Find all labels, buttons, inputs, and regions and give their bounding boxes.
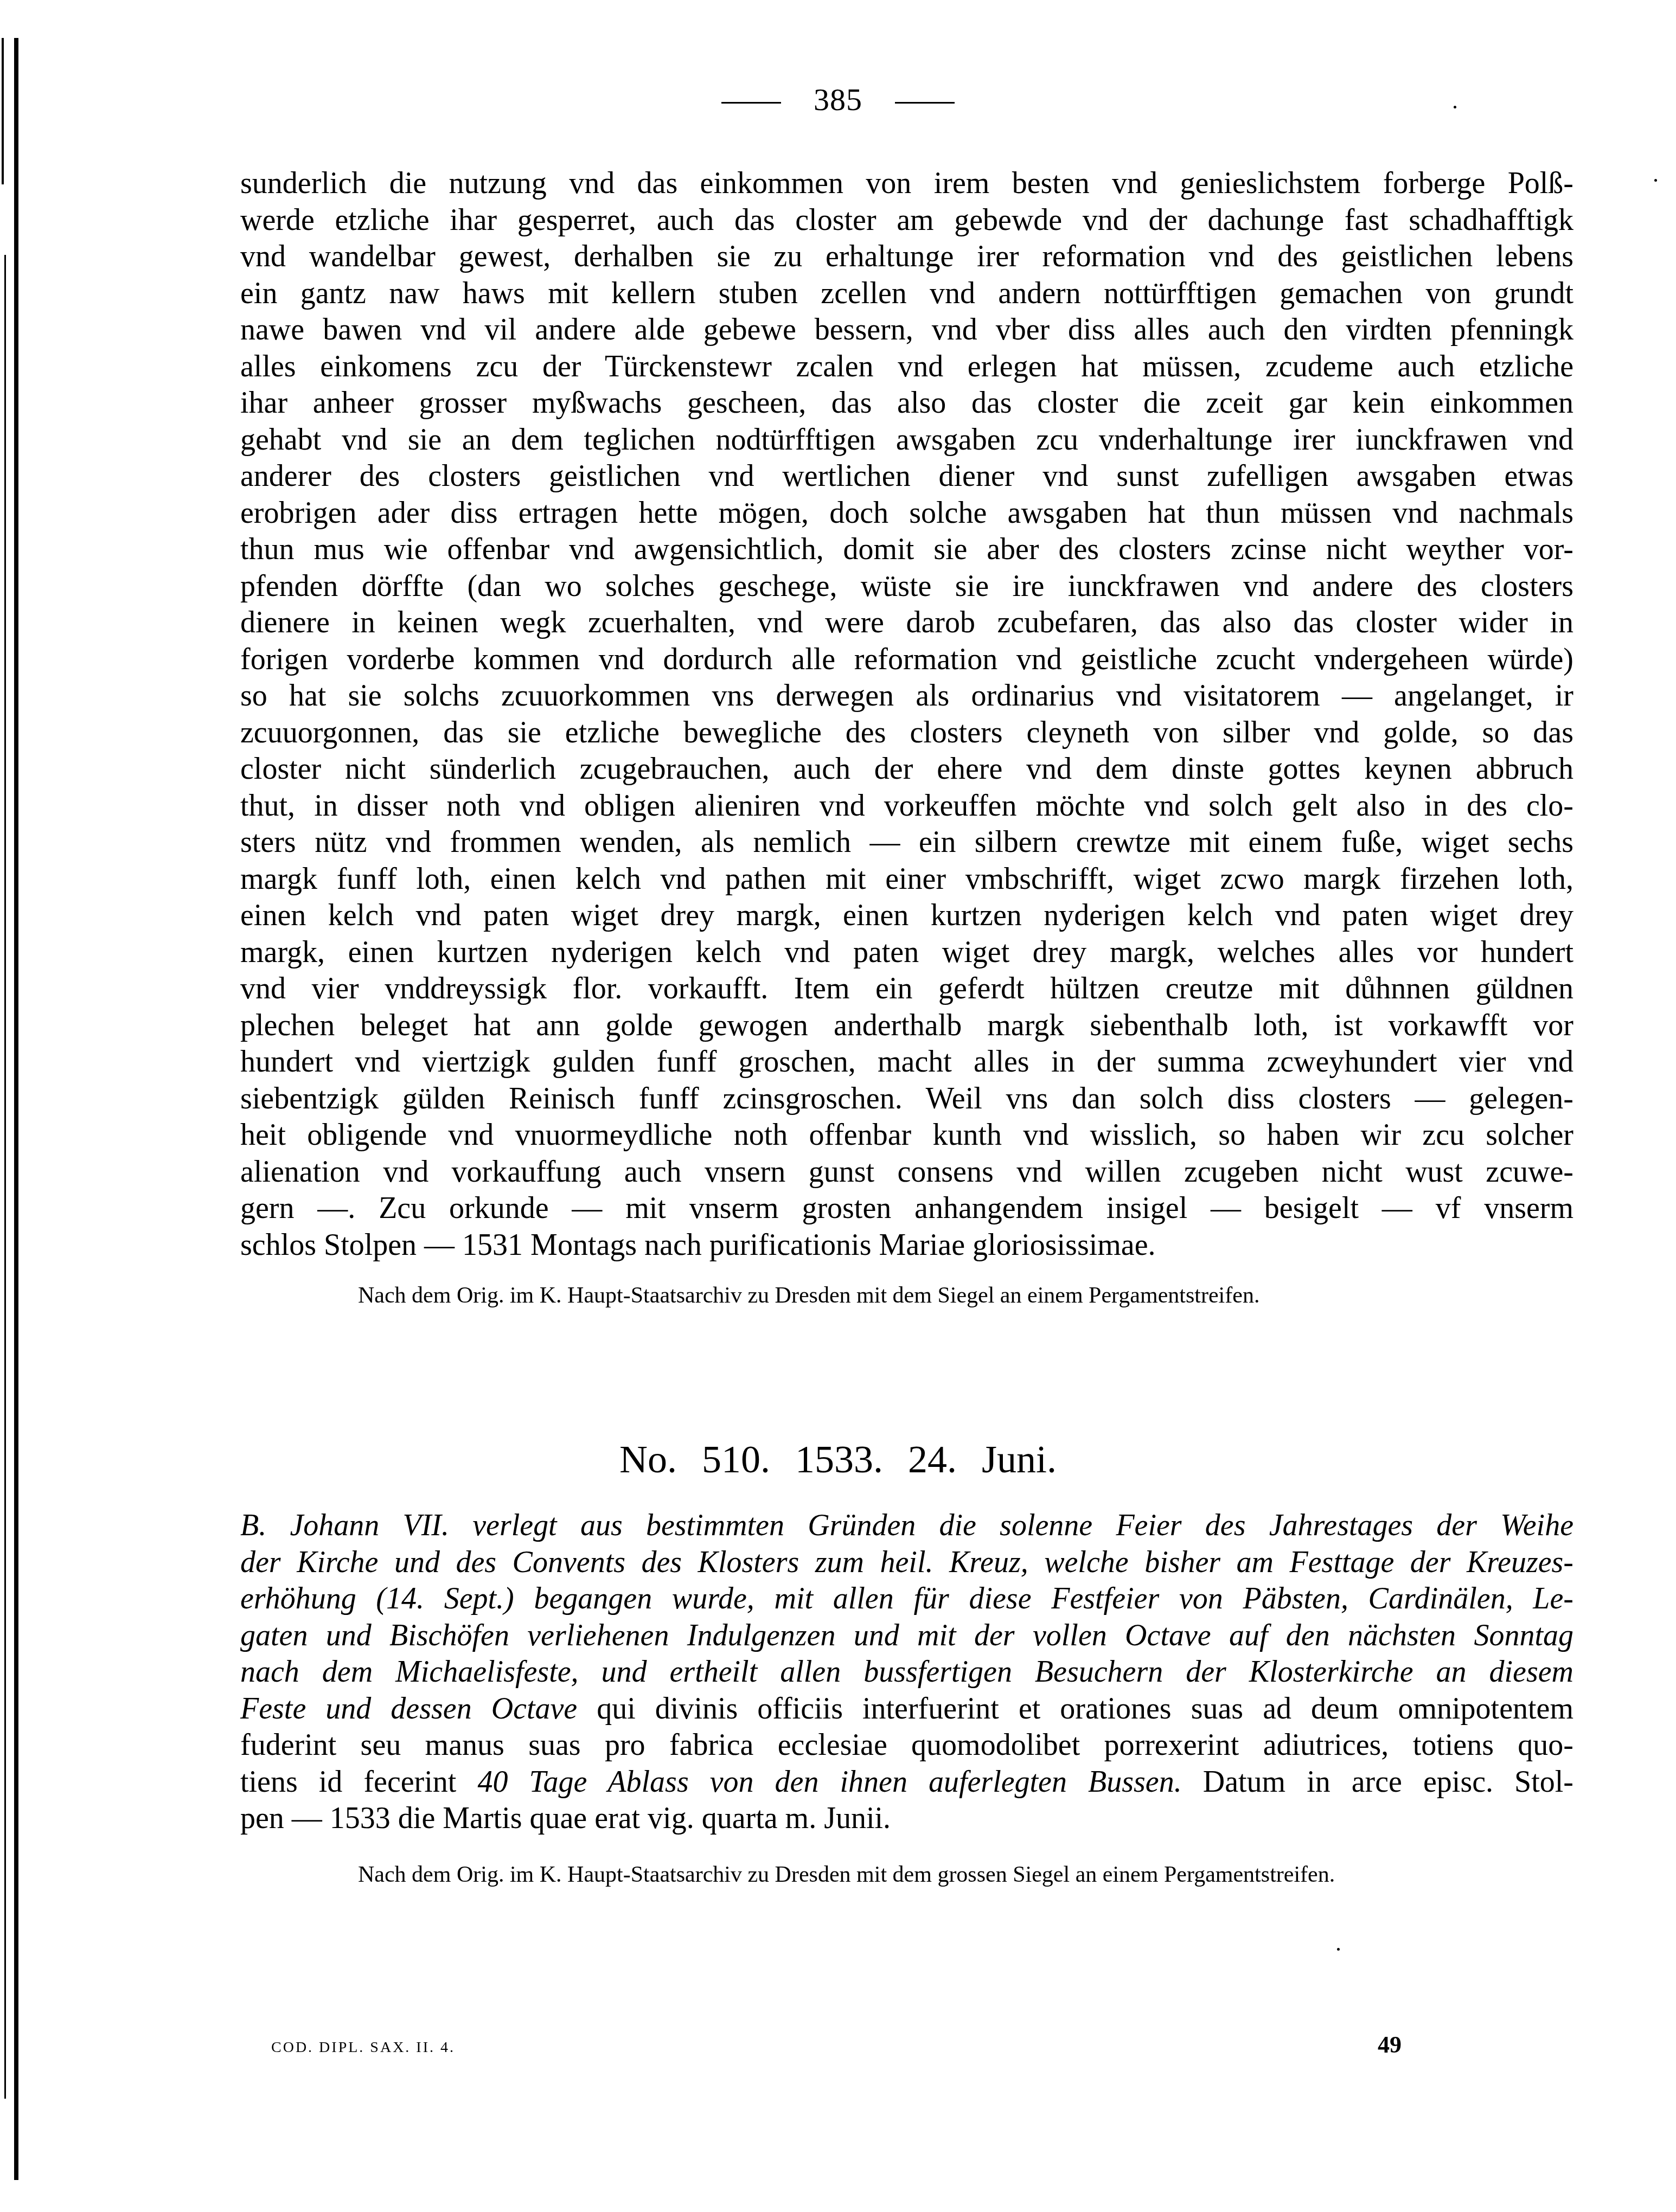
text-line: ein gantz naw haws mit kellern stuben zc… <box>240 275 1573 312</box>
text-line: anderer des closters geistlichen vnd wer… <box>240 458 1573 495</box>
text-line: nach dem Michaelisfeste, und ertheilt al… <box>240 1654 1573 1691</box>
text-line: margk funff loth, einen kelch vnd pathen… <box>240 861 1573 898</box>
roman-segment: tiens id fecerint <box>240 1765 477 1799</box>
text-line: forigen vorderbe kommen vnd dordurch all… <box>240 642 1573 678</box>
page-number: 385 <box>814 82 862 117</box>
source-note-509: Nach dem Orig. im K. Haupt-Staatsarchiv … <box>358 1283 1259 1309</box>
text-line: Feste und dessen Octave qui divinis offi… <box>240 1691 1573 1728</box>
roman-segment: qui divinis officiis interfuerint et ora… <box>577 1692 1573 1726</box>
document-509-continuation: sunderlich die nutzung vnd das einkommen… <box>240 165 1573 1264</box>
text-line: thut, in disser noth vnd obligen alienir… <box>240 788 1573 825</box>
text-line: alienation vnd vorkauffung auch vnsern g… <box>240 1154 1573 1191</box>
text-line: gaten und Bischöfen verliehenen Indulgen… <box>240 1618 1573 1655</box>
text-line: zcuuorgonnen, das sie etzliche beweglich… <box>240 715 1573 752</box>
scan-edge-line <box>14 38 18 2180</box>
scan-speck <box>1337 1948 1340 1951</box>
scan-speck <box>1654 179 1657 182</box>
text-line: werde etzliche ihar gesperret, auch das … <box>240 202 1573 239</box>
italic-segment: 40 Tage Ablass von den ihnen auferlegten… <box>477 1765 1181 1799</box>
text-line: vnd vier vnddreyssigk flor. vorkaufft. I… <box>240 971 1573 1008</box>
text-line: erobrigen ader diss ertragen hette mögen… <box>240 495 1573 532</box>
roman-segment: fuderint seu manus suas pro fabrica eccl… <box>240 1728 1573 1762</box>
page-number-header: 385 <box>0 81 1676 118</box>
scan-edge-line <box>4 255 6 2099</box>
footer-signature: COD. DIPL. SAX. II. 4. <box>271 2039 455 2056</box>
text-line: der Kirche und des Convents des Klosters… <box>240 1544 1573 1581</box>
text-line: gehabt vnd sie an dem teglichen nodtürff… <box>240 422 1573 459</box>
italic-segment: erhöhung (14. Sept.) begangen wurde, mit… <box>240 1582 1573 1615</box>
text-line: pfenden dörffte (dan wo solches geschege… <box>240 568 1573 605</box>
text-line: nawe bawen vnd vil andere alde gebewe be… <box>240 312 1573 349</box>
text-line: tiens id fecerint 40 Tage Ablass von den… <box>240 1764 1573 1801</box>
footer-sheet-number: 49 <box>1378 2031 1402 2059</box>
text-line: B. Johann VII. verlegt aus bestimmten Gr… <box>240 1508 1573 1544</box>
rule-right <box>895 102 955 104</box>
text-line: alles einkomens zcu der Türckenstewr zca… <box>240 349 1573 386</box>
italic-segment: Feste und dessen Octave <box>240 1692 577 1726</box>
rule-left <box>721 102 781 104</box>
text-line: thun mus wie offenbar vnd awgensichtlich… <box>240 531 1573 568</box>
document-510-regest: B. Johann VII. verlegt aus bestimmten Gr… <box>240 1508 1573 1837</box>
text-line: ihar anheer grosser myßwachs gescheen, d… <box>240 385 1573 422</box>
text-line: sunderlich die nutzung vnd das einkommen… <box>240 165 1573 202</box>
text-line: heit obligende vnd vnuormeydliche noth o… <box>240 1117 1573 1154</box>
text-line: so hat sie solchs zcuuorkommen vns derwe… <box>240 678 1573 715</box>
text-line: pen — 1533 die Martis quae erat vig. qua… <box>240 1800 1573 1837</box>
text-line: vnd wandelbar gewest, derhalben sie zu e… <box>240 239 1573 275</box>
italic-segment: gaten und Bischöfen verliehenen Indulgen… <box>240 1619 1573 1652</box>
roman-segment: Datum in arce episc. Stol- <box>1182 1765 1573 1799</box>
text-line: schlos Stolpen — 1531 Montags nach purif… <box>240 1227 1573 1264</box>
text-line: gern —. Zcu orkunde — mit vnserm grosten… <box>240 1190 1573 1227</box>
text-line: sters nütz vnd frommen wenden, als nemli… <box>240 824 1573 861</box>
text-line: einen kelch vnd paten wiget drey margk, … <box>240 897 1573 934</box>
italic-segment: B. Johann VII. verlegt aus bestimmten Gr… <box>240 1509 1573 1542</box>
text-line: plechen beleget hat ann golde gewogen an… <box>240 1008 1573 1044</box>
roman-segment: pen — 1533 die Martis quae erat vig. qua… <box>240 1801 891 1835</box>
document-510-heading: No. 510. 1533. 24. Juni. <box>0 1437 1676 1482</box>
scan-speck <box>1454 106 1456 108</box>
text-line: erhöhung (14. Sept.) begangen wurde, mit… <box>240 1581 1573 1618</box>
text-line: closter nicht sünderlich zcugebrauchen, … <box>240 751 1573 788</box>
text-line: dienere in keinen wegk zcuerhalten, vnd … <box>240 605 1573 642</box>
text-line: siebentzigk gülden Reinisch funff zcinsg… <box>240 1081 1573 1118</box>
italic-segment: nach dem Michaelisfeste, und ertheilt al… <box>240 1655 1573 1689</box>
source-note-510: Nach dem Orig. im K. Haupt-Staatsarchiv … <box>358 1862 1335 1888</box>
text-line: margk, einen kurtzen nyderigen kelch vnd… <box>240 934 1573 971</box>
text-line: hundert vnd viertzigk gulden funff grosc… <box>240 1044 1573 1081</box>
text-line: fuderint seu manus suas pro fabrica eccl… <box>240 1727 1573 1764</box>
italic-segment: der Kirche und des Convents des Klosters… <box>240 1546 1573 1579</box>
